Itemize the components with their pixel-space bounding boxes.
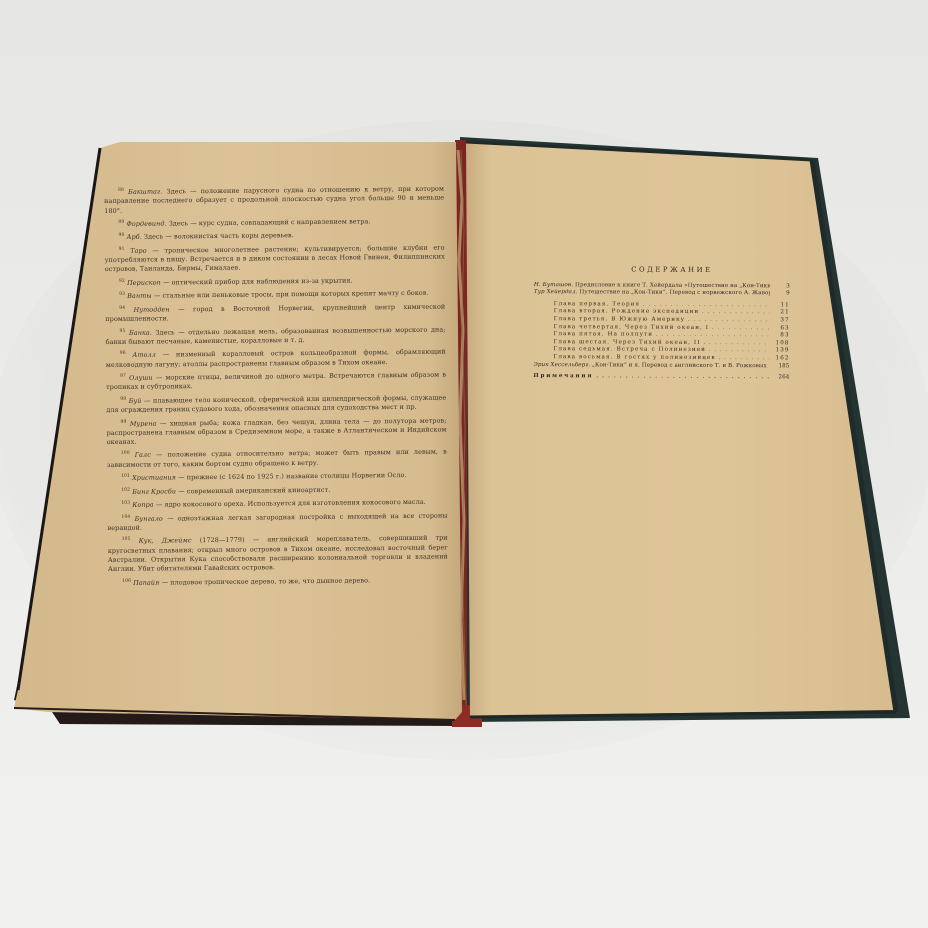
note-item: 96 Атолл — низменный коралловый остров к… <box>106 346 446 370</box>
note-item: 100 Галс — положение судна относительно … <box>107 446 447 470</box>
note-item: 90 Арб. Здесь — волокнистая часть коры д… <box>104 228 444 243</box>
note-item: 91 Таро — тропическое многолетнее растен… <box>105 241 445 274</box>
note-item: 94 Нутодден — город в Восточной Норвегии… <box>105 300 445 324</box>
table-of-contents: СОДЕРЖАНИЕ Н. Буташов. Предисловие к кни… <box>533 266 790 382</box>
toc-notes: Примечания 264 <box>533 373 789 382</box>
note-item: 97 Олуши — морские птицы, величиной до о… <box>106 368 446 392</box>
note-item: 104 Бунгало — одноэтажная легкая загород… <box>107 509 447 533</box>
note-item: 103 Копра — ядро кокосового ореха. Испол… <box>107 496 447 511</box>
note-item: 101 Христиания — прежнее (с 1624 по 1925… <box>107 469 447 484</box>
toc-title: СОДЕРЖАНИЕ <box>554 266 790 275</box>
note-item: 89 Фордевинд. Здесь — курс судна, совпад… <box>104 214 444 229</box>
toc-entry: Тур Хейердал. Путешествие на „Кон-Тики“.… <box>534 289 790 298</box>
note-item: 98 Буй — плавающее тело конической, сфер… <box>106 391 446 415</box>
note-item: 105 Кук, Джеймс (1728—1779) — английский… <box>108 532 448 574</box>
note-item: 88 Бакштаг. Здесь — положение парусного … <box>104 182 444 215</box>
right-page <box>466 142 894 716</box>
note-item: 102 Бинг Кросби — современный американск… <box>107 482 447 497</box>
note-item: 99 Мурена — хищная рыба; кожа гладкая, б… <box>106 414 446 447</box>
note-item: 92 Перископ — оптический прибор для набл… <box>105 273 445 288</box>
toc-entry: Эрик Хессельберг. „Кон-Тики“ и я. Перево… <box>533 362 789 371</box>
note-item: 93 Ванты — стальные или пеньковые тросы,… <box>105 287 445 302</box>
photo-scene: 88 Бакштаг. Здесь — положение парусного … <box>0 0 928 928</box>
note-item: 95 Банка. Здесь — отдельно лежащая мель,… <box>105 323 445 347</box>
note-item: 106 Папайя — плодовое тропическое дерево… <box>108 573 448 588</box>
left-page-notes: 88 Бакштаг. Здесь — положение парусного … <box>104 182 448 590</box>
